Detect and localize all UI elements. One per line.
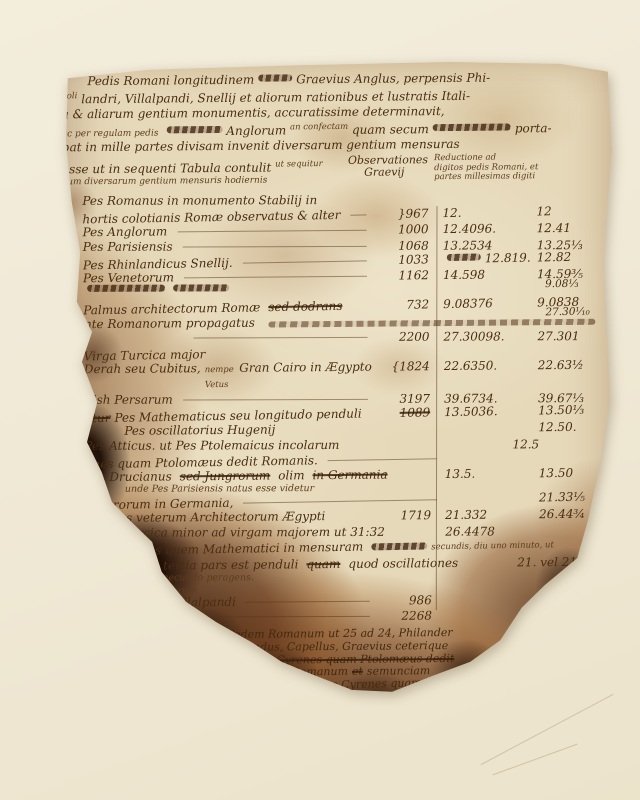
observation-value: 12.4096. [443,222,537,238]
leader-line [246,601,370,603]
struck-text: quam [306,557,340,572]
row-number: 2. [64,349,84,364]
milli-value: 986 [378,593,446,609]
leader-line [350,215,366,216]
leader-line [183,399,368,401]
manuscript-text: Pedis Romani longitudinemGraevius Anglus… [61,70,609,715]
note-text: unde Pes Parisiensis natus esse videtur [65,483,314,495]
struck-text: dedit [120,667,149,680]
reduction-value: 12.41 [537,221,605,237]
reduction-value: 26.44¾ [539,507,607,523]
leader-line [194,337,368,339]
crossed-out-scribble [258,74,292,81]
milli-value-struck: 1089 [376,405,444,421]
measure-label: Pes Atticus. ut Pes Ptolemaicus incolaru… [84,438,339,454]
crossed-out-scribble [433,123,511,131]
reduction-value: 14.59⅗9.08⅓ [537,267,605,283]
observation-value: 12.819. [443,250,537,267]
table-header: esse ut in sequenti Tabula contulit ut s… [62,153,604,196]
struck-text: sed dodrans [268,299,342,315]
measure-label: Virga Turcica minor ad virgam majorem ut… [85,524,385,540]
measure-label: Pes Anglorum [83,225,168,241]
leader-line [177,230,366,233]
struck-text: sed [151,641,170,654]
reduction-value: 22.63½ [538,358,606,374]
observation-value: 21.332 [445,508,539,524]
row-number: 3 [63,239,83,254]
footer-line: continet pedem Romanorum & sescunciam [217,696,609,722]
footer-line: Ægyptiorum Scriptor [305,739,609,754]
row-number: 8 [64,438,84,453]
note-text: Cubitus antiquus Persarum [66,585,198,598]
backdrop-scratch [493,744,578,776]
observation-value: 13.5036. [444,404,538,421]
struck-text: in Germania [312,468,387,484]
footer-line: Gadile est hæc sub initio [283,721,609,748]
milli-value: 732 [375,297,443,313]
row-number: 0. [64,362,84,377]
struck-text: Pes Romanus [86,595,167,611]
crossed-out-scribble [166,126,222,133]
milli-value: 1162 [375,268,443,284]
observation-value: 14.598 [443,267,537,283]
crossed-out-scribble [173,284,229,291]
milli-value: }967 [374,206,442,222]
row-number: 6 [64,425,84,440]
measure-label: olim [278,468,304,483]
row-number: 14. [64,393,84,408]
observation-value: 13.5. [445,466,539,482]
measure-label: quod oscillationes [348,556,458,572]
leader-line [328,458,437,461]
observation-value: 22.6350. [444,358,538,374]
inserted-text: secundis, diu uno minuto, ut [431,538,554,555]
measure-label: Gran Cairo in Ægypto [239,360,372,376]
measure-label: Pes Parisiensis [83,239,173,254]
reduction-value: 12 [536,203,604,219]
row-number: 1 [63,226,83,241]
manuscript-page: Pedis Romani longitudinemGraevius Anglus… [48,60,614,712]
manuscript-page-wrap: Pedis Romani longitudinemGraevius Anglus… [48,60,614,712]
leader-line [243,499,437,503]
leader-line [184,276,367,279]
table-header-left: esse ut in sequenti Tabula contulit ut s… [62,157,323,187]
milli-value: 2268 [378,609,446,624]
observation-value: 12. [442,205,536,222]
milli-value: 1033 [375,252,443,268]
footer-line: a pede Græcorum propagatus videtur. Pes [179,689,609,705]
measure-label: Cubitus veterum Architectorum Ægypti [85,509,325,526]
crossed-out-scribble [269,318,596,327]
measure-label: Pes oscillatorius Hugenij [84,423,275,440]
observation-value: 9.08376 [443,296,537,313]
footer-line: Latera Pyramidum duarum ma- [259,714,609,730]
milli-value: 1000 [375,222,443,238]
footer-paragraph: Pedem Atticum esse ad Pedem Romanum ut 2… [66,626,609,757]
leader-line [243,260,367,263]
struck-text: et [352,665,363,678]
reduction-value: 21. vel 21.375. [517,554,607,570]
crossed-out-scribble [447,253,481,261]
reduction-value: 9.083827.30⅒ [537,295,605,311]
milli-value: {1824 [376,359,444,375]
table-row: Ulna Andelodami 2268 [66,608,608,625]
inserted-text: nempe Vetus [205,363,236,393]
milli-value: 1719 [377,508,445,524]
measure-label: Villalpandi [171,595,236,611]
reduction-column-header: Reductione ad digitos pedis Romani, et p… [434,153,604,183]
struck-text: sed Jungrorum [180,469,271,485]
measure-label: Derah seu Cubitus, [84,361,201,377]
crossed-out-scribble [87,285,165,292]
reduction-value: 21.33⅕ [539,489,607,505]
measure-label: Pes Romanus in monumento Stabilij in [82,193,317,209]
measure-label: drante Romanorum propagatus [63,315,255,332]
measure-table: 5 Pes Romanus in monumento Stabilij in h… [62,191,608,627]
reduction-value: 12.50. [538,420,606,436]
reduction-value: 12.82 [537,249,605,265]
measure-label: Aish Persarum [84,393,173,408]
reduction-value: 13.50 [539,466,607,482]
observations-column-header: Observationes Graevij [348,154,428,179]
table-row: 0. Derah seu Cubitus, nempe Vetus Gran C… [64,358,606,395]
crossed-out-scribble [371,542,427,550]
milli-value: 2200 [375,329,443,344]
note-text: uno minuto secundo peragens. [66,572,254,584]
photo-backdrop: Pedis Romani longitudinemGraevius Anglus… [0,0,640,800]
milli-value: 1068 [375,238,443,253]
row-number: 5 [62,194,82,209]
measure-label: Ulna Andelodami [86,610,191,625]
reduction-value: 13.50⅓ [538,403,606,419]
leader-line [201,616,370,618]
leader-line [183,245,367,247]
